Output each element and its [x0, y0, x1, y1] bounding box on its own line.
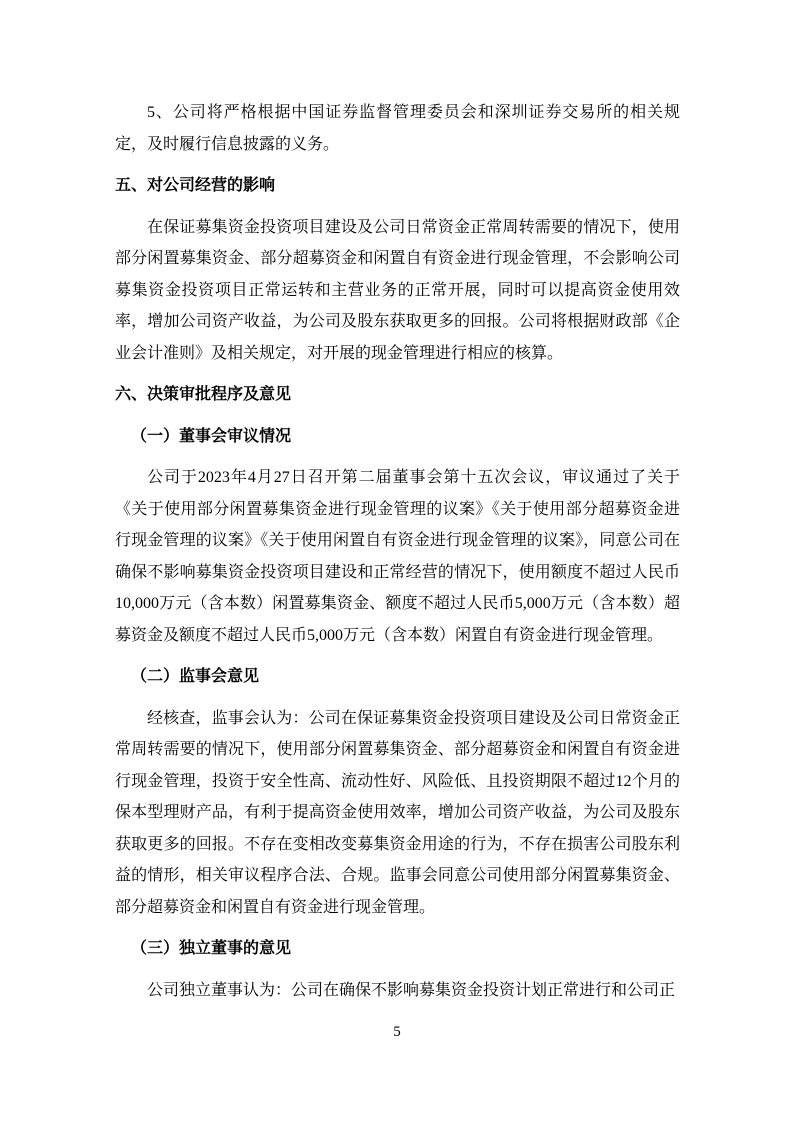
- paragraph-independent-directors-opinion: 公司独立董事认为：公司在确保不影响募集资金投资计划正常进行和公司正: [115, 975, 680, 1007]
- page-number: 5: [0, 1022, 794, 1042]
- paragraph-impact-on-company: 在保证募集资金投资项目建设及公司日常资金正常周转需要的情况下，使用部分闲置募集资…: [115, 212, 680, 370]
- subheading-independent-directors-opinion: （三）独立董事的意见: [115, 933, 680, 965]
- subheading-board-review: （一）董事会审议情况: [115, 421, 680, 453]
- paragraph-disclosure-obligation: 5、公司将严格根据中国证券监督管理委员会和深圳证券交易所的相关规定，及时履行信息…: [115, 97, 680, 160]
- document-page: 5、公司将严格根据中国证券监督管理委员会和深圳证券交易所的相关规定，及时履行信息…: [0, 0, 794, 1123]
- paragraph-supervisory-board-opinion: 经核查，监事会认为：公司在保证募集资金投资项目建设及公司日常资金正常周转需要的情…: [115, 703, 680, 924]
- paragraph-board-review: 公司于2023年4月27日召开第二届董事会第十五次会议，审议通过了关于《关于使用…: [115, 462, 680, 651]
- heading-section-6-approval-procedures: 六、决策审批程序及意见: [115, 379, 680, 411]
- heading-section-5-impact: 五、对公司经营的影响: [115, 170, 680, 202]
- subheading-supervisory-board-opinion: （二）监事会意见: [115, 661, 680, 693]
- page-content: 5、公司将严格根据中国证券监督管理委员会和深圳证券交易所的相关规定，及时履行信息…: [115, 97, 680, 1006]
